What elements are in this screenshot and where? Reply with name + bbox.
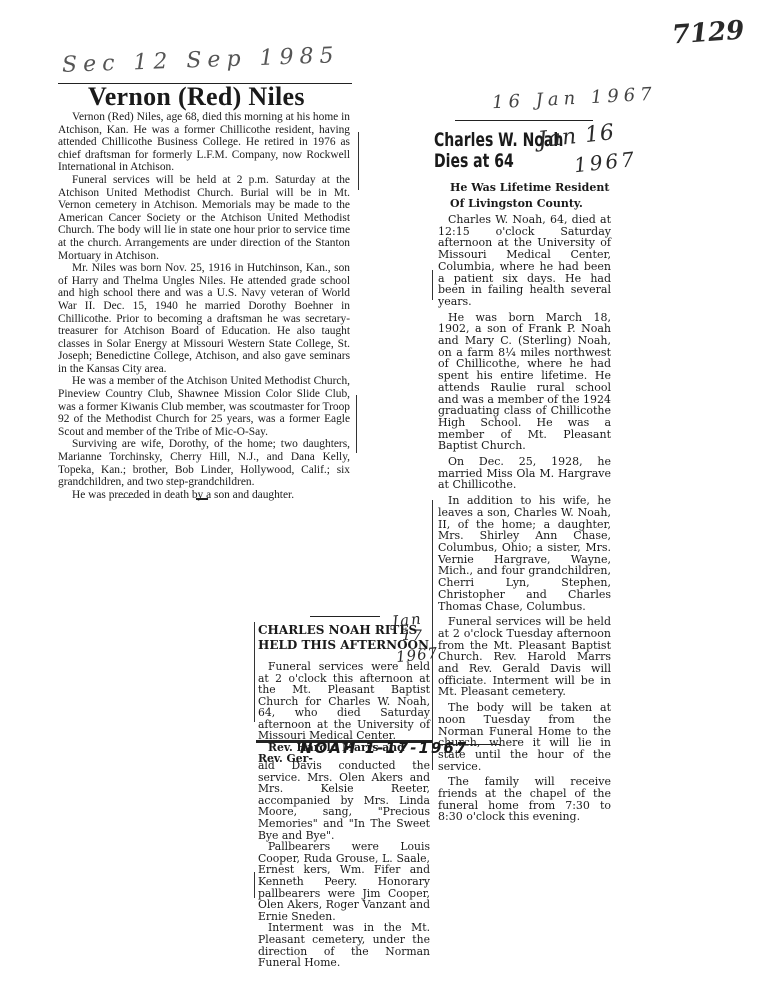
article-body-noah: Charles W. Noah, 64, died at 12:15 o'clo… [438, 214, 611, 827]
paragraph: On Dec. 25, 1928, he married Miss Ola M.… [438, 456, 611, 491]
headline-niles: Vernon (Red) Niles [88, 82, 305, 112]
paragraph: Surviving are wife, Dorothy, of the home… [58, 438, 350, 488]
article-body-niles: Vernon (Red) Niles, age 68, died this mo… [58, 111, 350, 501]
handwritten-stamp: NOAH 1-17-1967 [300, 739, 468, 757]
subheadline-noah: He Was Lifetime Resident Of Livingston C… [450, 180, 609, 212]
divider-rule [455, 120, 593, 121]
handwritten-date: 16 Jan 1967 [492, 84, 658, 114]
paragraph: The family will receive friends at the c… [438, 776, 611, 823]
clip-edge [254, 872, 255, 898]
paragraph: Mr. Niles was born Nov. 25, 1916 in Hutc… [58, 262, 350, 375]
clip-edge [254, 622, 255, 722]
clip-edge [432, 500, 433, 770]
paragraph: Pallbearers were Louis Cooper, Ruda Grou… [258, 841, 430, 922]
clip-edge [358, 132, 359, 190]
handwritten-date: Sec 12 Sep 1985 [62, 43, 340, 78]
paragraph: Funeral services will be held at 2 o'clo… [438, 616, 611, 698]
clip-mark [196, 498, 208, 500]
handwritten-date: 17 [402, 628, 424, 644]
clip-edge [432, 270, 433, 300]
page-number-handwritten: 7129 [671, 16, 745, 51]
subheadline-line: He Was Lifetime Resident [450, 180, 609, 196]
paragraph: The body will be taken at noon Tuesday f… [438, 702, 611, 772]
paragraph: In addition to his wife, he leaves a son… [438, 495, 611, 612]
handwritten-date: 1967 [573, 147, 638, 177]
paragraph: ald Davis conducted the service. Mrs. Ol… [258, 760, 430, 841]
paragraph: Funeral services will be held at 2 p.m. … [58, 174, 350, 262]
headline-line: Dies at 64 [434, 151, 563, 172]
clip-edge [356, 395, 357, 453]
paragraph: He was a member of the Atchison United M… [58, 375, 350, 438]
divider-rule [310, 616, 380, 617]
paragraph: Interment was in the Mt. Pleasant cemete… [258, 922, 430, 968]
paragraph: Vernon (Red) Niles, age 68, died this mo… [58, 111, 350, 174]
paragraph: He was born March 18, 1902, a son of Fra… [438, 312, 611, 452]
article-body-rites-continued: ald Davis conducted the service. Mrs. Ol… [258, 760, 430, 969]
clip-mark [118, 497, 134, 498]
paragraph: Charles W. Noah, 64, died at 12:15 o'clo… [438, 214, 611, 308]
paragraph: Funeral services were held at 2 o'clock … [258, 661, 430, 742]
subheadline-line: Of Livingston County. [450, 196, 609, 212]
handwritten-date: Jan 16 [537, 120, 616, 153]
